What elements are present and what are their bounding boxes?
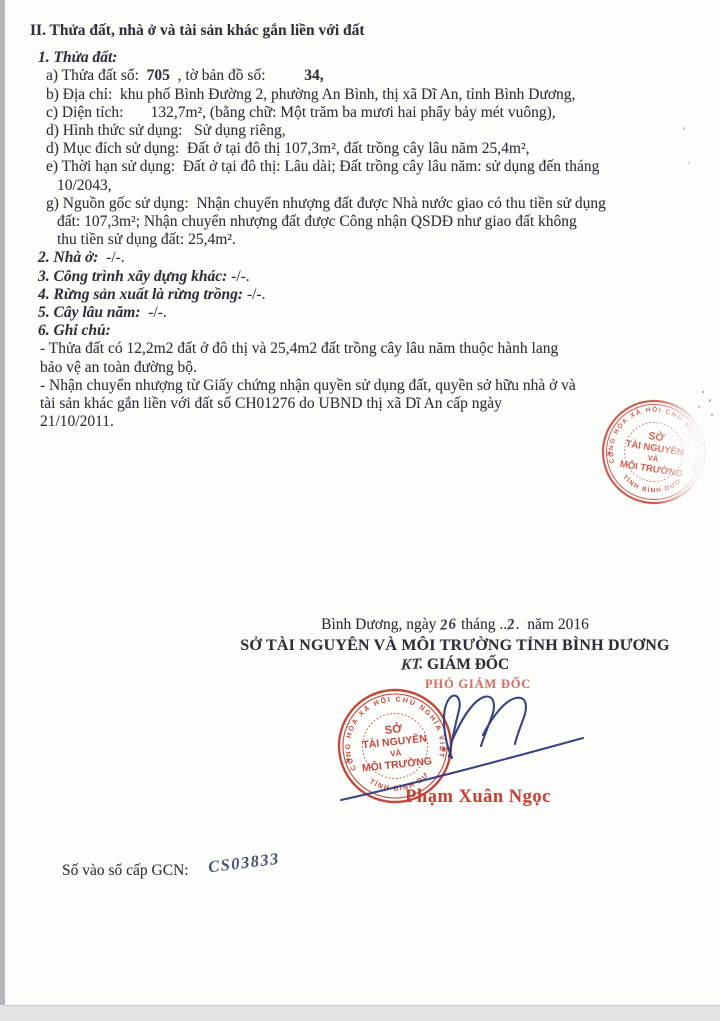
seal-star-left: ★	[345, 756, 353, 765]
on-behalf-kt: KT.	[401, 655, 424, 675]
line-area: c) Diện tích: 132,7m², (bằng chữ: Một tr…	[46, 104, 695, 122]
ink-speck	[702, 391, 704, 393]
handwritten-day: 26	[439, 615, 458, 635]
subsection-1-title: 1. Thửa đất:	[38, 49, 695, 67]
parcel-number-label: a) Thửa đất số:	[46, 67, 147, 84]
construction-value: -/-.	[227, 268, 249, 285]
line-use-origin-1: g) Nguồn gốc sử dụng: Nhận chuyển nhượng…	[46, 195, 695, 213]
perennial-value: -/-.	[140, 304, 166, 321]
section-ii-title: II. Thửa đất, nhà ở và tài sản khác gắn …	[30, 22, 695, 40]
line-use-purpose: d) Mục đích sử dụng: Đất ở tại đô thị 10…	[46, 140, 695, 158]
place-date-prefix: Bình Dương, ngày	[321, 616, 440, 633]
line-house: 2. Nhà ở: -/-.	[38, 249, 695, 267]
registry-number-handwritten: CS03833	[207, 849, 281, 878]
handwritten-month: 2	[506, 616, 516, 635]
line-use-term-1: e) Thời hạn sử dụng: Đất ở tại đô thị: L…	[46, 158, 695, 176]
line-parcel-number: a) Thửa đất số: 705 , tờ bản đồ số: 34,	[46, 67, 695, 85]
svg-text:CỘNG HÒA XÃ HỘI CHỦ NGHĨA VIỆT: CỘNG HÒA XÃ HỘI CHỦ NGHĨA VIỆT NAM	[338, 689, 448, 772]
line-use-origin-3: thu tiền sử dụng đất: 25,4m².	[57, 231, 695, 249]
ink-speck	[709, 399, 711, 402]
note-2-line-1: - Nhận chuyển nhượng từ Giấy chứng nhận …	[40, 377, 695, 395]
line-use-origin-2: đất: 107,3m²; Nhận chuyển nhượng đất đượ…	[57, 213, 695, 231]
ink-speck	[688, 162, 690, 164]
line-construction: 3. Công trình xây dựng khác: -/-.	[38, 268, 695, 286]
department-name: SỞ TÀI NGUYÊN VÀ MÔI TRƯỜNG TỈNH BÌNH DƯ…	[235, 637, 675, 655]
line-forest: 4. Rừng sản xuất là rừng trồng: -/-.	[38, 286, 695, 304]
certificate-page: II. Thửa đất, nhà ở và tài sản khác gắn …	[5, 0, 720, 1005]
house-value: -/-.	[98, 249, 124, 266]
ink-speck	[711, 414, 713, 416]
deputy-director-stamp: PHÓ GIÁM ĐỐC	[425, 675, 625, 693]
perennial-label: 5. Cây lâu năm:	[38, 304, 140, 321]
house-label: 2. Nhà ở:	[38, 249, 98, 266]
parcel-number-value: 705	[147, 67, 170, 84]
forest-label: 4. Rừng sản xuất là rừng trồng:	[38, 286, 243, 303]
signing-block: Bình Dương, ngày 26 tháng ..2. năm 2016 …	[235, 616, 675, 674]
director-title-line: KT. GIÁM ĐỐC	[235, 656, 675, 674]
note-1-line-1: - Thửa đất có 12,2m2 đất ở đô thị và 25,…	[40, 340, 695, 358]
seal-center-1: SỞ	[384, 722, 403, 737]
ink-speck	[683, 127, 685, 130]
seal-center-2: TÀI NGUYÊN	[362, 732, 428, 752]
year-text: năm 2016	[523, 616, 588, 633]
signer-name: Phạm Xuân Ngọc	[403, 787, 553, 808]
place-date-line: Bình Dương, ngày 26 tháng ..2. năm 2016	[235, 616, 675, 634]
map-sheet-value: 34,	[304, 67, 323, 84]
line-perennial: 5. Cây lâu năm: -/-.	[38, 304, 695, 322]
month-word: tháng	[457, 616, 499, 633]
forest-value: -/-.	[243, 286, 265, 303]
map-sheet-label: , tờ bản đồ số:	[170, 67, 304, 84]
seal-fade-overlay	[654, 388, 720, 516]
partial-seal-star-left: ★	[606, 450, 613, 458]
line-use-form: d) Hình thức sử dụng: Sử dụng riêng,	[46, 122, 695, 140]
registry-line: Số vào sổ cấp GCN:	[62, 862, 189, 880]
seal-center-3: VÀ	[390, 748, 402, 758]
document-body: II. Thửa đất, nhà ở và tài sản khác gắn …	[30, 22, 695, 431]
line-address: b) Địa chỉ: khu phố Bình Đường 2, phường…	[46, 86, 695, 104]
ink-speck	[698, 406, 700, 408]
line-notes-heading: 6. Ghi chú:	[38, 322, 695, 340]
seal-star-right: ★	[440, 746, 448, 755]
partial-department-seal: CỘNG HÒA XÃ HỘI CHỦ NGHĨA VIỆT NAM TỈNH …	[596, 394, 720, 510]
construction-label: 3. Công trình xây dựng khác:	[38, 268, 227, 285]
line-use-term-2: 10/2043,	[57, 177, 695, 195]
note-1-line-2: bảo vệ an toàn đường bộ.	[40, 359, 695, 377]
director-title: GIÁM ĐỐC	[423, 656, 509, 673]
scanned-land-certificate-page: { "colors": { "seal_red": "#c0392b", "de…	[0, 0, 720, 1021]
seal-center-4: MÔI TRƯỜNG	[361, 754, 432, 774]
seal-ring-top-text: CỘNG HÒA XÃ HỘI CHỦ NGHĨA VIỆT NAM	[338, 689, 448, 772]
